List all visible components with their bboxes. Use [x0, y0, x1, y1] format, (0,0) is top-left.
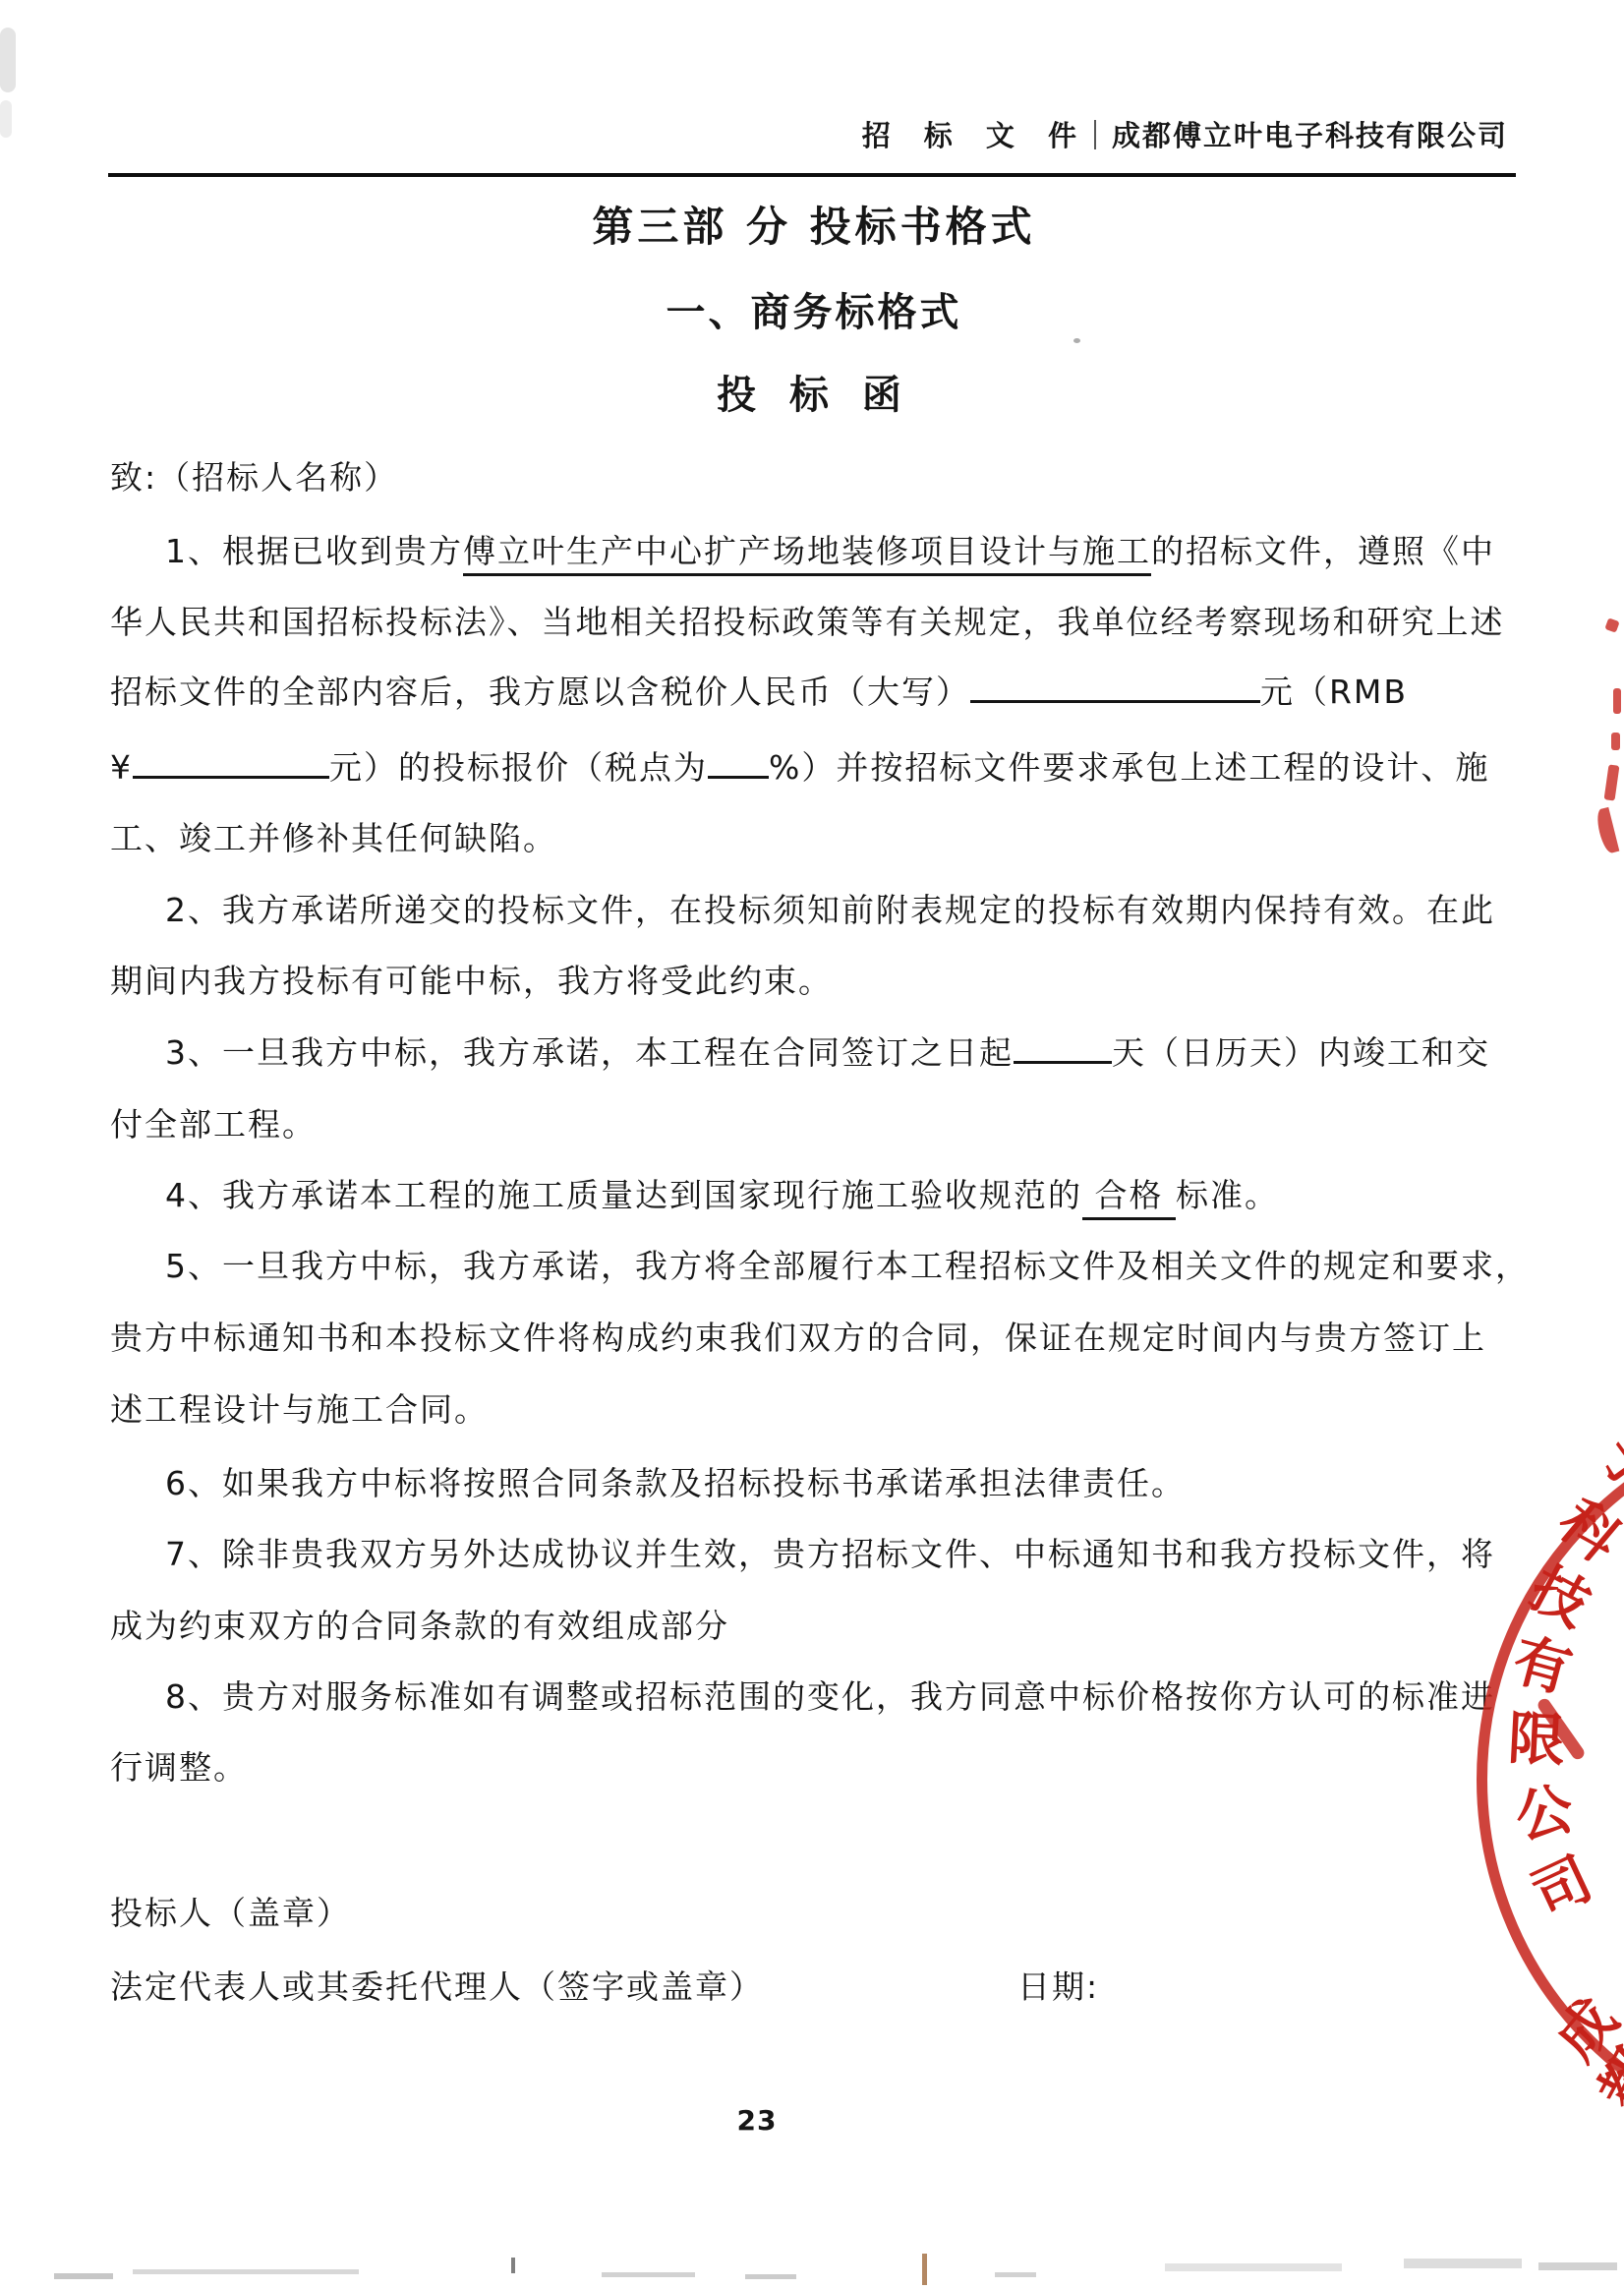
seal-character: 限 [1507, 1710, 1567, 1770]
footer-date-label: 日期: [1017, 1962, 1099, 2008]
body-line: 述工程设计与施工合同。 [110, 1384, 1531, 1431]
body-line: 贵方中标通知书和本投标文件将构成约束我们双方的合同，保证在规定时间内与贵方签订上 [110, 1313, 1531, 1359]
body-line: 致:（招标人名称） [110, 452, 1531, 499]
blank-fill-field [708, 749, 769, 779]
title-letter: 投 标 函 [110, 364, 1518, 420]
footer-bidder-seal-label: 投标人（盖章） [110, 1888, 351, 1934]
scan-noise [133, 2269, 359, 2274]
blank-fill-field [1014, 1034, 1112, 1064]
scan-noise [1404, 2259, 1522, 2268]
header-doc-label: 招 标 文 件 [862, 114, 1088, 154]
text-segment: 6、如果我方中标将按照合同条款及招标投标书承诺承担法律责任。 [165, 1464, 1186, 1502]
text-segment: 成为约束双方的合同条款的有效组成部分 [110, 1607, 729, 1645]
text-segment: 傅立叶生产中心扩产场地装修项目设计与施工 [463, 532, 1151, 576]
text-segment: 5、一旦我方中标，我方承诺，我方将全部履行本工程招标文件及相关文件的规定和要求， [165, 1247, 1530, 1285]
body-line: 3、一旦我方中标，我方承诺，本工程在合同签订之日起天（日历天）内竣工和交 [110, 1027, 1531, 1074]
text-segment: 天（日历天）内竣工和交 [1112, 1033, 1490, 1072]
text-segment: 工、竣工并修补其任何缺陷。 [110, 819, 557, 857]
text-segment: 合格 [1082, 1176, 1176, 1220]
scan-noise [1165, 2263, 1342, 2271]
scan-noise [602, 2272, 695, 2277]
text-segment: 元）的投标报价（税点为 [329, 748, 708, 787]
seal-character: 公 [1511, 1780, 1579, 1848]
scan-smudge [0, 100, 12, 138]
body-line: 5、一旦我方中标，我方承诺，我方将全部履行本工程招标文件及相关文件的规定和要求， [110, 1241, 1531, 1287]
body-line: 工、竣工并修补其任何缺陷。 [110, 813, 1531, 859]
seal-fragment [1604, 617, 1619, 632]
text-segment: 3、一旦我方中标，我方承诺，本工程在合同签订之日起 [165, 1033, 1014, 1072]
text-segment: 7、除非贵我双方另外达成协议并生效，贵方招标文件、中标通知书和我方投标文件，将 [165, 1535, 1495, 1573]
body-line: ¥元）的投标报价（税点为%）并按招标文件要求承包上述工程的设计、施 [110, 742, 1531, 789]
scan-noise [922, 2254, 927, 2285]
seal-fragment [1595, 807, 1620, 854]
seal-fragment [1613, 688, 1621, 714]
text-segment: %）并按招标文件要求承包上述工程的设计、施 [769, 748, 1489, 787]
text-segment: 的招标文件，遵照《中 [1151, 532, 1495, 570]
body-line: 4、我方承诺本工程的施工质量达到国家现行施工验收规范的 合格 标准。 [110, 1170, 1531, 1216]
text-segment: 行调整。 [110, 1748, 248, 1787]
header-rule-line [108, 173, 1516, 177]
body-line: 招标文件的全部内容后，我方愿以含税价人民币（大写）元（RMB [110, 667, 1531, 713]
text-segment: 4、我方承诺本工程的施工质量达到国家现行施工验收规范的 [165, 1176, 1082, 1214]
scan-noise [511, 2258, 515, 2273]
text-segment: 元（RMB [1260, 673, 1408, 711]
scan-dot [1073, 338, 1080, 343]
seal-fragment [1611, 733, 1620, 750]
text-segment: 致:（招标人名称） [110, 458, 398, 497]
scan-noise [745, 2274, 796, 2279]
text-segment: 8、贵方对服务标准如有调整或招标范围的变化，我方同意中标价格按你方认可的标准进 [165, 1677, 1495, 1716]
body-line: 成为约束双方的合同条款的有效组成部分 [110, 1601, 1531, 1647]
page-header: 招 标 文 件 成都傅立叶电子科技有限公司 [862, 114, 1508, 154]
text-segment: 华人民共和国招标投标法》、当地相关招投标政策等有关规定，我单位经考察现场和研究上… [110, 603, 1505, 641]
text-segment: 期间内我方投标有可能中标，我方将受此约束。 [110, 962, 833, 1000]
seal-fragment [1604, 764, 1620, 800]
text-segment: 1、根据已收到贵方 [165, 532, 463, 570]
blank-fill-field [133, 749, 329, 779]
scan-noise [1538, 2262, 1617, 2270]
text-segment: 述工程设计与施工合同。 [110, 1390, 489, 1429]
header-separator-bar [1094, 120, 1096, 149]
scan-smudge [0, 28, 16, 92]
body-line: 6、如果我方中标将按照合同条款及招标投标书承诺承担法律责任。 [110, 1458, 1531, 1504]
document-page: 招 标 文 件 成都傅立叶电子科技有限公司 第三部 分 投标书格式 一、商务标格… [0, 0, 1624, 2289]
header-company-name: 成都傅立叶电子科技有限公司 [1112, 114, 1508, 154]
title-part: 第三部 分 投标书格式 [110, 195, 1518, 254]
body-line: 付全部工程。 [110, 1099, 1531, 1145]
text-segment: 2、我方承诺所递交的投标文件，在投标须知前附表规定的投标有效期内保持有效。在此 [165, 891, 1495, 929]
body-line: 7、除非贵我双方另外达成协议并生效，贵方招标文件、中标通知书和我方投标文件，将 [110, 1529, 1531, 1575]
title-section: 一、商务标格式 [110, 281, 1518, 337]
text-segment: 付全部工程。 [110, 1105, 317, 1144]
scan-noise [54, 2273, 113, 2279]
body-line: 行调整。 [110, 1742, 1531, 1789]
scan-noise [995, 2272, 1036, 2277]
body-line: 8、贵方对服务标准如有调整或招标范围的变化，我方同意中标价格按你方认可的标准进 [110, 1672, 1531, 1718]
blank-fill-field [970, 674, 1260, 703]
page-number: 23 [590, 2104, 924, 2137]
body-line: 2、我方承诺所递交的投标文件，在投标须知前附表规定的投标有效期内保持有效。在此 [110, 885, 1531, 931]
footer-legal-rep-label: 法定代表人或其委托代理人（签字或盖章） [110, 1962, 764, 2008]
text-segment: 招标文件的全部内容后，我方愿以含税价人民币（大写） [110, 673, 970, 711]
text-segment: ¥ [110, 748, 133, 787]
body-line: 1、根据已收到贵方傅立叶生产中心扩产场地装修项目设计与施工的招标文件，遵照《中 [110, 526, 1531, 572]
text-segment: 贵方中标通知书和本投标文件将构成约束我们双方的合同，保证在规定时间内与贵方签订上 [110, 1319, 1486, 1357]
body-line: 华人民共和国招标投标法》、当地相关招投标政策等有关规定，我单位经考察现场和研究上… [110, 597, 1531, 643]
body-line: 期间内我方投标有可能中标，我方将受此约束。 [110, 956, 1531, 1002]
text-segment: 标准。 [1176, 1176, 1279, 1214]
